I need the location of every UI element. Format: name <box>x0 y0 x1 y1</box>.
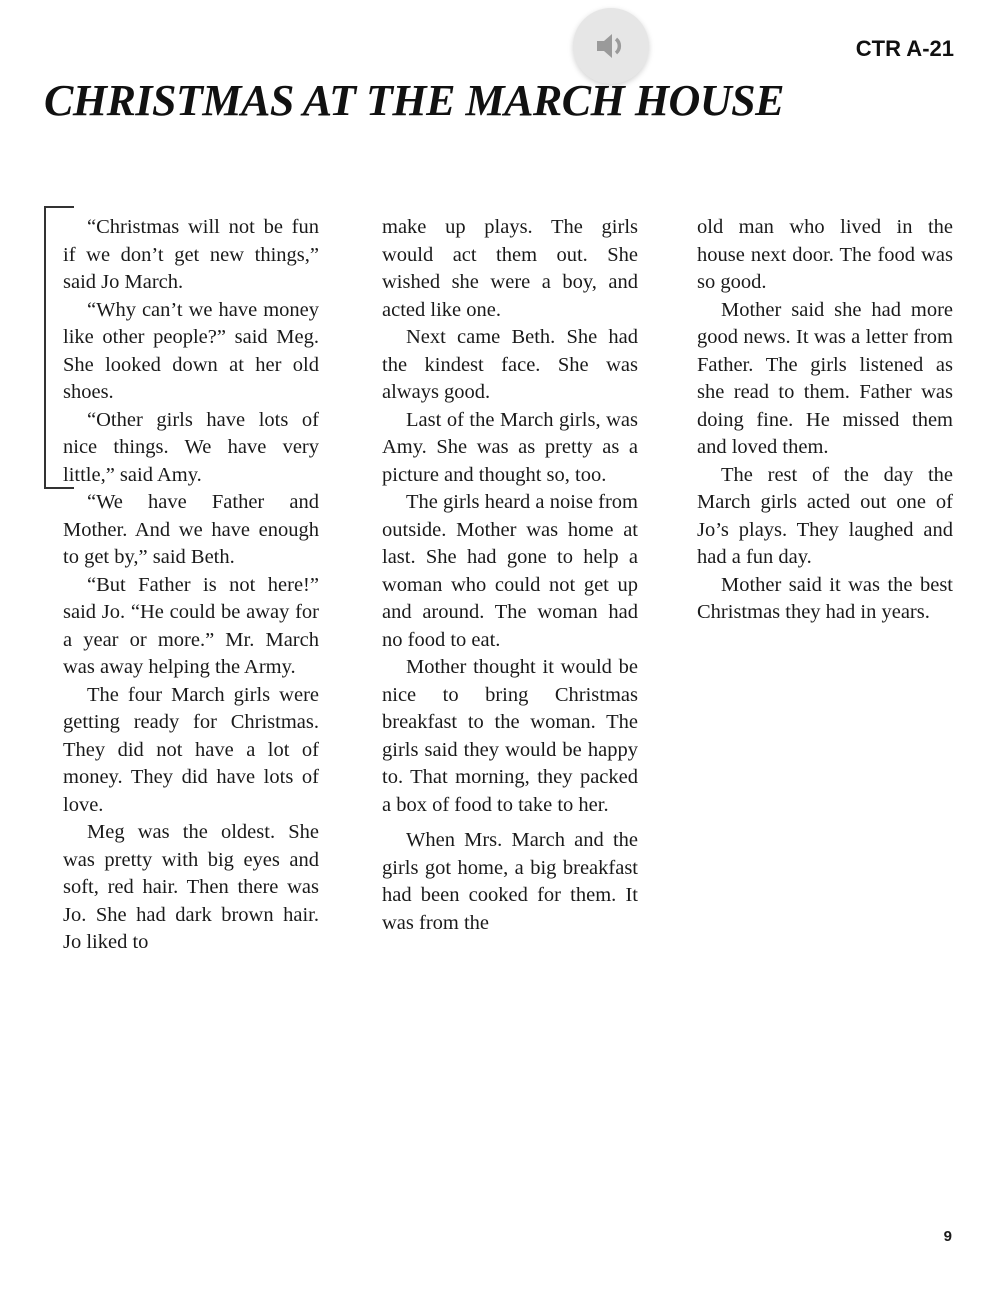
paragraph: “Other girls have lots of nice things. W… <box>63 407 319 490</box>
paragraph: The rest of the day the March girls acte… <box>697 462 953 572</box>
audio-play-button[interactable] <box>573 8 649 84</box>
paragraph: Last of the March girls, was Amy. She wa… <box>382 407 638 490</box>
paragraph: Mother said it was the best Christmas th… <box>697 572 953 627</box>
paragraph: The girls heard a noise from outside. Mo… <box>382 489 638 654</box>
paragraph: make up plays. The girls would act them … <box>382 214 638 324</box>
document-code: CTR A-21 <box>856 36 954 62</box>
text-column-2: make up plays. The girls would act them … <box>382 214 638 937</box>
paragraph: Meg was the oldest. She was pretty with … <box>63 819 319 957</box>
text-column-1: “Christmas will not be fun if we don’t g… <box>63 214 319 957</box>
paragraph: Mother said she had more good news. It w… <box>697 297 953 462</box>
paragraph: “Christmas will not be fun if we don’t g… <box>63 214 319 297</box>
paragraph: Next came Beth. She had the kindest face… <box>382 324 638 407</box>
paragraph: The four March girls were getting ready … <box>63 682 319 820</box>
paragraph: “We have Father and Mother. And we have … <box>63 489 319 572</box>
paragraph: “But Father is not here!” said Jo. “He c… <box>63 572 319 682</box>
paragraph: When Mrs. March and the girls got home, … <box>382 827 638 937</box>
paragraph: “Why can’t we have money like other peop… <box>63 297 319 407</box>
paragraph: old man who lived in the house next door… <box>697 214 953 297</box>
paragraph: Mother thought it would be nice to bring… <box>382 654 638 819</box>
page-number: 9 <box>944 1228 952 1245</box>
speaker-icon <box>591 26 631 66</box>
text-column-3: old man who lived in the house next door… <box>697 214 953 627</box>
page-title: CHRISTMAS AT THE MARCH HOUSE <box>44 75 784 126</box>
